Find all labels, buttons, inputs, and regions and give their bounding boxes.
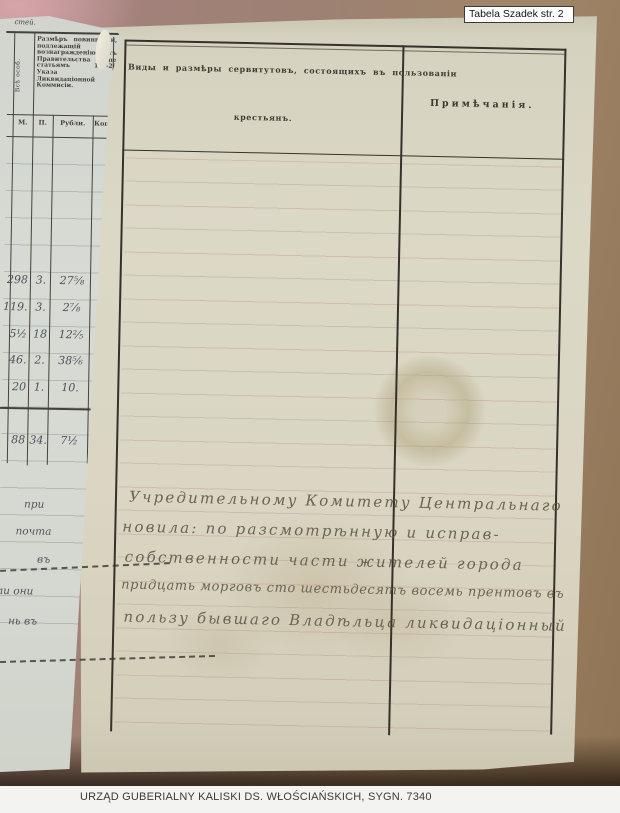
col-header-morgi: М. (13, 118, 33, 126)
table-cell-value: 18 (31, 327, 49, 340)
handwritten-word: почта (15, 525, 51, 538)
table-cell-value: 34. (29, 433, 47, 446)
table-cell-value: 88 (0, 433, 25, 446)
table-cell-value: 10. (50, 381, 90, 395)
table-cell-value: 20 (0, 380, 26, 393)
col-header-prenty: П. (33, 118, 53, 126)
caption-bar: URZĄD GUBERIALNY KALISKI DS. WŁOŚCIAŃSKI… (0, 786, 620, 813)
document-right-page: Виды и размѣры сервитутовъ, состоящихъ в… (76, 14, 598, 774)
table-cell-value: 12⅖ (51, 328, 91, 342)
table-cell-value: 3. (31, 300, 49, 313)
archive-label-text: Tabela Szadek str. 2 (469, 8, 564, 20)
handwritten-word: ли они (0, 585, 33, 598)
table-cell-value: 5½ (1, 327, 27, 340)
table-cell-value: 38⅚ (50, 354, 90, 368)
archive-label-box: Tabela Szadek str. 2 (464, 6, 574, 23)
table-cell-value: 46. (0, 353, 26, 366)
remarks-header: Примѣчанія. (403, 97, 561, 111)
corner-text-fragment: стей. (14, 18, 36, 26)
table-cell-value: 119. (1, 300, 27, 313)
archival-photo: Виды и размѣры сервитутовъ, состоящихъ в… (0, 0, 620, 813)
handwritten-word: въ (37, 554, 50, 566)
table-cell-value: 2. (30, 353, 48, 366)
caption-text: URZĄD GUBERIALNY KALISKI DS. WŁOŚCIAŃSKI… (80, 791, 432, 803)
table-cell-value: 2⅞ (51, 301, 91, 315)
left-header-line (7, 114, 115, 117)
col-header-rubli: Рубли. (53, 119, 93, 128)
left-vertical-column-label: Всѣ особ. (14, 43, 31, 107)
servitudes-header-line1: Виды и размѣры сервитутовъ, состоящихъ в… (128, 62, 400, 78)
table-cell-value: 7½ (49, 434, 89, 448)
table-cell-value: 27⅝ (52, 274, 92, 288)
handwritten-word: нь въ (8, 615, 37, 628)
table-cell-value: 1. (30, 380, 48, 393)
table-cell-value: 298 (2, 273, 28, 286)
right-page-content: Виды и размѣры сервитутовъ, состоящихъ в… (67, 9, 605, 780)
handwritten-word: при (24, 498, 44, 510)
servitudes-header-line2: крестьянъ. (127, 110, 399, 126)
table-cell-value: 3. (32, 273, 50, 286)
